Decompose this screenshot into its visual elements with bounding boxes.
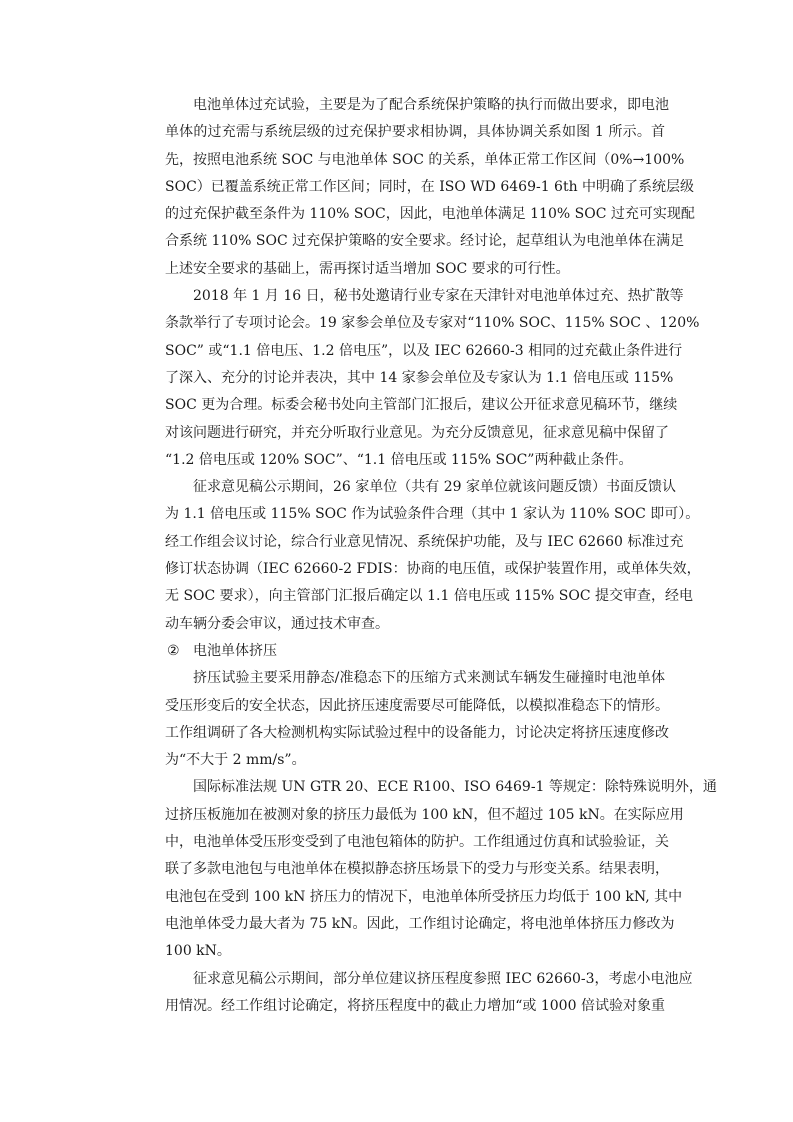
paragraph-consultation-feedback: 征求意见稿公示期间，26 家单位（共有 29 家单位就该问题反馈）书面反馈认 为… (165, 474, 665, 638)
text-line: 过挤压板施加在被测对象的挤压力最低为 100 kN，但不超过 105 kN。在实… (165, 802, 665, 829)
text-line: 为 1.1 倍电压或 115% SOC 作为试验条件合理（其中 1 家认为 11… (165, 501, 665, 528)
section-title: 电池单体挤压 (193, 643, 277, 659)
paragraph-crush-force: 国际标准法规 UN GTR 20、ECE R100、ISO 6469-1 等规定… (165, 774, 665, 965)
text-line: 上述安全要求的基础上，需再探讨适当增加 SOC 要求的可行性。 (165, 256, 665, 283)
text-line: 先，按照电池系统 SOC 与电池单体 SOC 的关系，单体正常工作区间（0%→1… (165, 147, 665, 174)
text-line: “1.2 倍电压或 120% SOC”、“1.1 倍电压或 115% SOC”两… (165, 447, 665, 474)
document-page: 电池单体过充试验，主要是为了配合系统保护策略的执行而做出要求，即电池 单体的过充… (165, 92, 665, 1020)
text-line: SOC）已覆盖系统正常工作区间；同时，在 ISO WD 6469-1 6th 中… (165, 174, 665, 201)
text-line: 国际标准法规 UN GTR 20、ECE R100、ISO 6469-1 等规定… (165, 774, 665, 801)
text-line: 单体的过充需与系统层级的过充保护要求相协调，具体协调关系如图 1 所示。首 (165, 119, 665, 146)
text-line: 电池单体过充试验，主要是为了配合系统保护策略的执行而做出要求，即电池 (165, 92, 665, 119)
text-line: 为“不大于 2 mm/s”。 (165, 747, 665, 774)
text-line: 用情况。经工作组讨论确定，将挤压程度中的截止力增加“或 1000 倍试验对象重 (165, 993, 665, 1020)
paragraph-overcharge-intro: 电池单体过充试验，主要是为了配合系统保护策略的执行而做出要求，即电池 单体的过充… (165, 92, 665, 283)
text-line: 工作组调研了各大检测机构实际试验过程中的设备能力，讨论决定将挤压速度修改 (165, 720, 665, 747)
text-line: 无 SOC 要求），向主管部门汇报后确定以 1.1 倍电压或 115% SOC … (165, 583, 665, 610)
paragraph-crush-cutoff: 征求意见稿公示期间，部分单位建议挤压程度参照 IEC 62660-3，考虑小电池… (165, 966, 665, 1021)
text-line: 100 kN。 (165, 938, 665, 965)
text-line: 了深入、充分的讨论并表决，其中 14 家参会单位及专家认为 1.1 倍电压或 1… (165, 365, 665, 392)
text-line: 对该问题进行研究，并充分听取行业意见。为充分反馈意见，征求意见稿中保留了 (165, 420, 665, 447)
text-line: 中，电池单体受压形变受到了电池包箱体的防护。工作组通过仿真和试验验证，关 (165, 829, 665, 856)
text-line: 合系统 110% SOC 过充保护策略的安全要求。经讨论，起草组认为电池单体在满… (165, 228, 665, 255)
text-line: 受压形变后的安全状态，因此挤压速度需要尽可能降低，以模拟准稳态下的情形。 (165, 693, 665, 720)
paragraph-2018-meeting: 2018 年 1 月 16 日，秘书处邀请行业专家在天津针对电池单体过充、热扩散… (165, 283, 665, 474)
text-line: 电池包在受到 100 kN 挤压力的情况下，电池单体所受挤压力均低于 100 k… (165, 884, 665, 911)
text-line: 修订状态协调（IEC 62660-2 FDIS：协商的电压值，或保护装置作用，或… (165, 556, 665, 583)
text-line: 挤压试验主要采用静态/准稳态下的压缩方式来测试车辆发生碰撞时电池单体 (165, 665, 665, 692)
text-line: 征求意见稿公示期间，26 家单位（共有 29 家单位就该问题反馈）书面反馈认 (165, 474, 665, 501)
text-line: SOC” 或“1.1 倍电压、1.2 倍电压”，以及 IEC 62660-3 相… (165, 338, 665, 365)
paragraph-crush-speed: 挤压试验主要采用静态/准稳态下的压缩方式来测试车辆发生碰撞时电池单体 受压形变后… (165, 665, 665, 774)
text-line: 2018 年 1 月 16 日，秘书处邀请行业专家在天津针对电池单体过充、热扩散… (165, 283, 665, 310)
text-line: 征求意见稿公示期间，部分单位建议挤压程度参照 IEC 62660-3，考虑小电池… (165, 966, 665, 993)
section-heading-cell-crush: ②电池单体挤压 (165, 638, 665, 665)
section-number: ② (167, 638, 193, 665)
text-line: 电池单体受力最大者为 75 kN。因此，工作组讨论确定，将电池单体挤压力修改为 (165, 911, 665, 938)
text-line: 经工作组会议讨论，综合行业意见情况、系统保护功能，及与 IEC 62660 标准… (165, 529, 665, 556)
text-line: 条款举行了专项讨论会。19 家参会单位及专家对“110% SOC、115% SO… (165, 310, 665, 337)
text-line: SOC 更为合理。标委会秘书处向主管部门汇报后，建议公开征求意见稿环节，继续 (165, 392, 665, 419)
text-line: 联了多款电池包与电池单体在模拟静态挤压场景下的受力与形变关系。结果表明， (165, 856, 665, 883)
text-line: 动车辆分委会审议，通过技术审查。 (165, 611, 665, 638)
text-line: 的过充保护截至条件为 110% SOC，因此，电池单体满足 110% SOC 过… (165, 201, 665, 228)
